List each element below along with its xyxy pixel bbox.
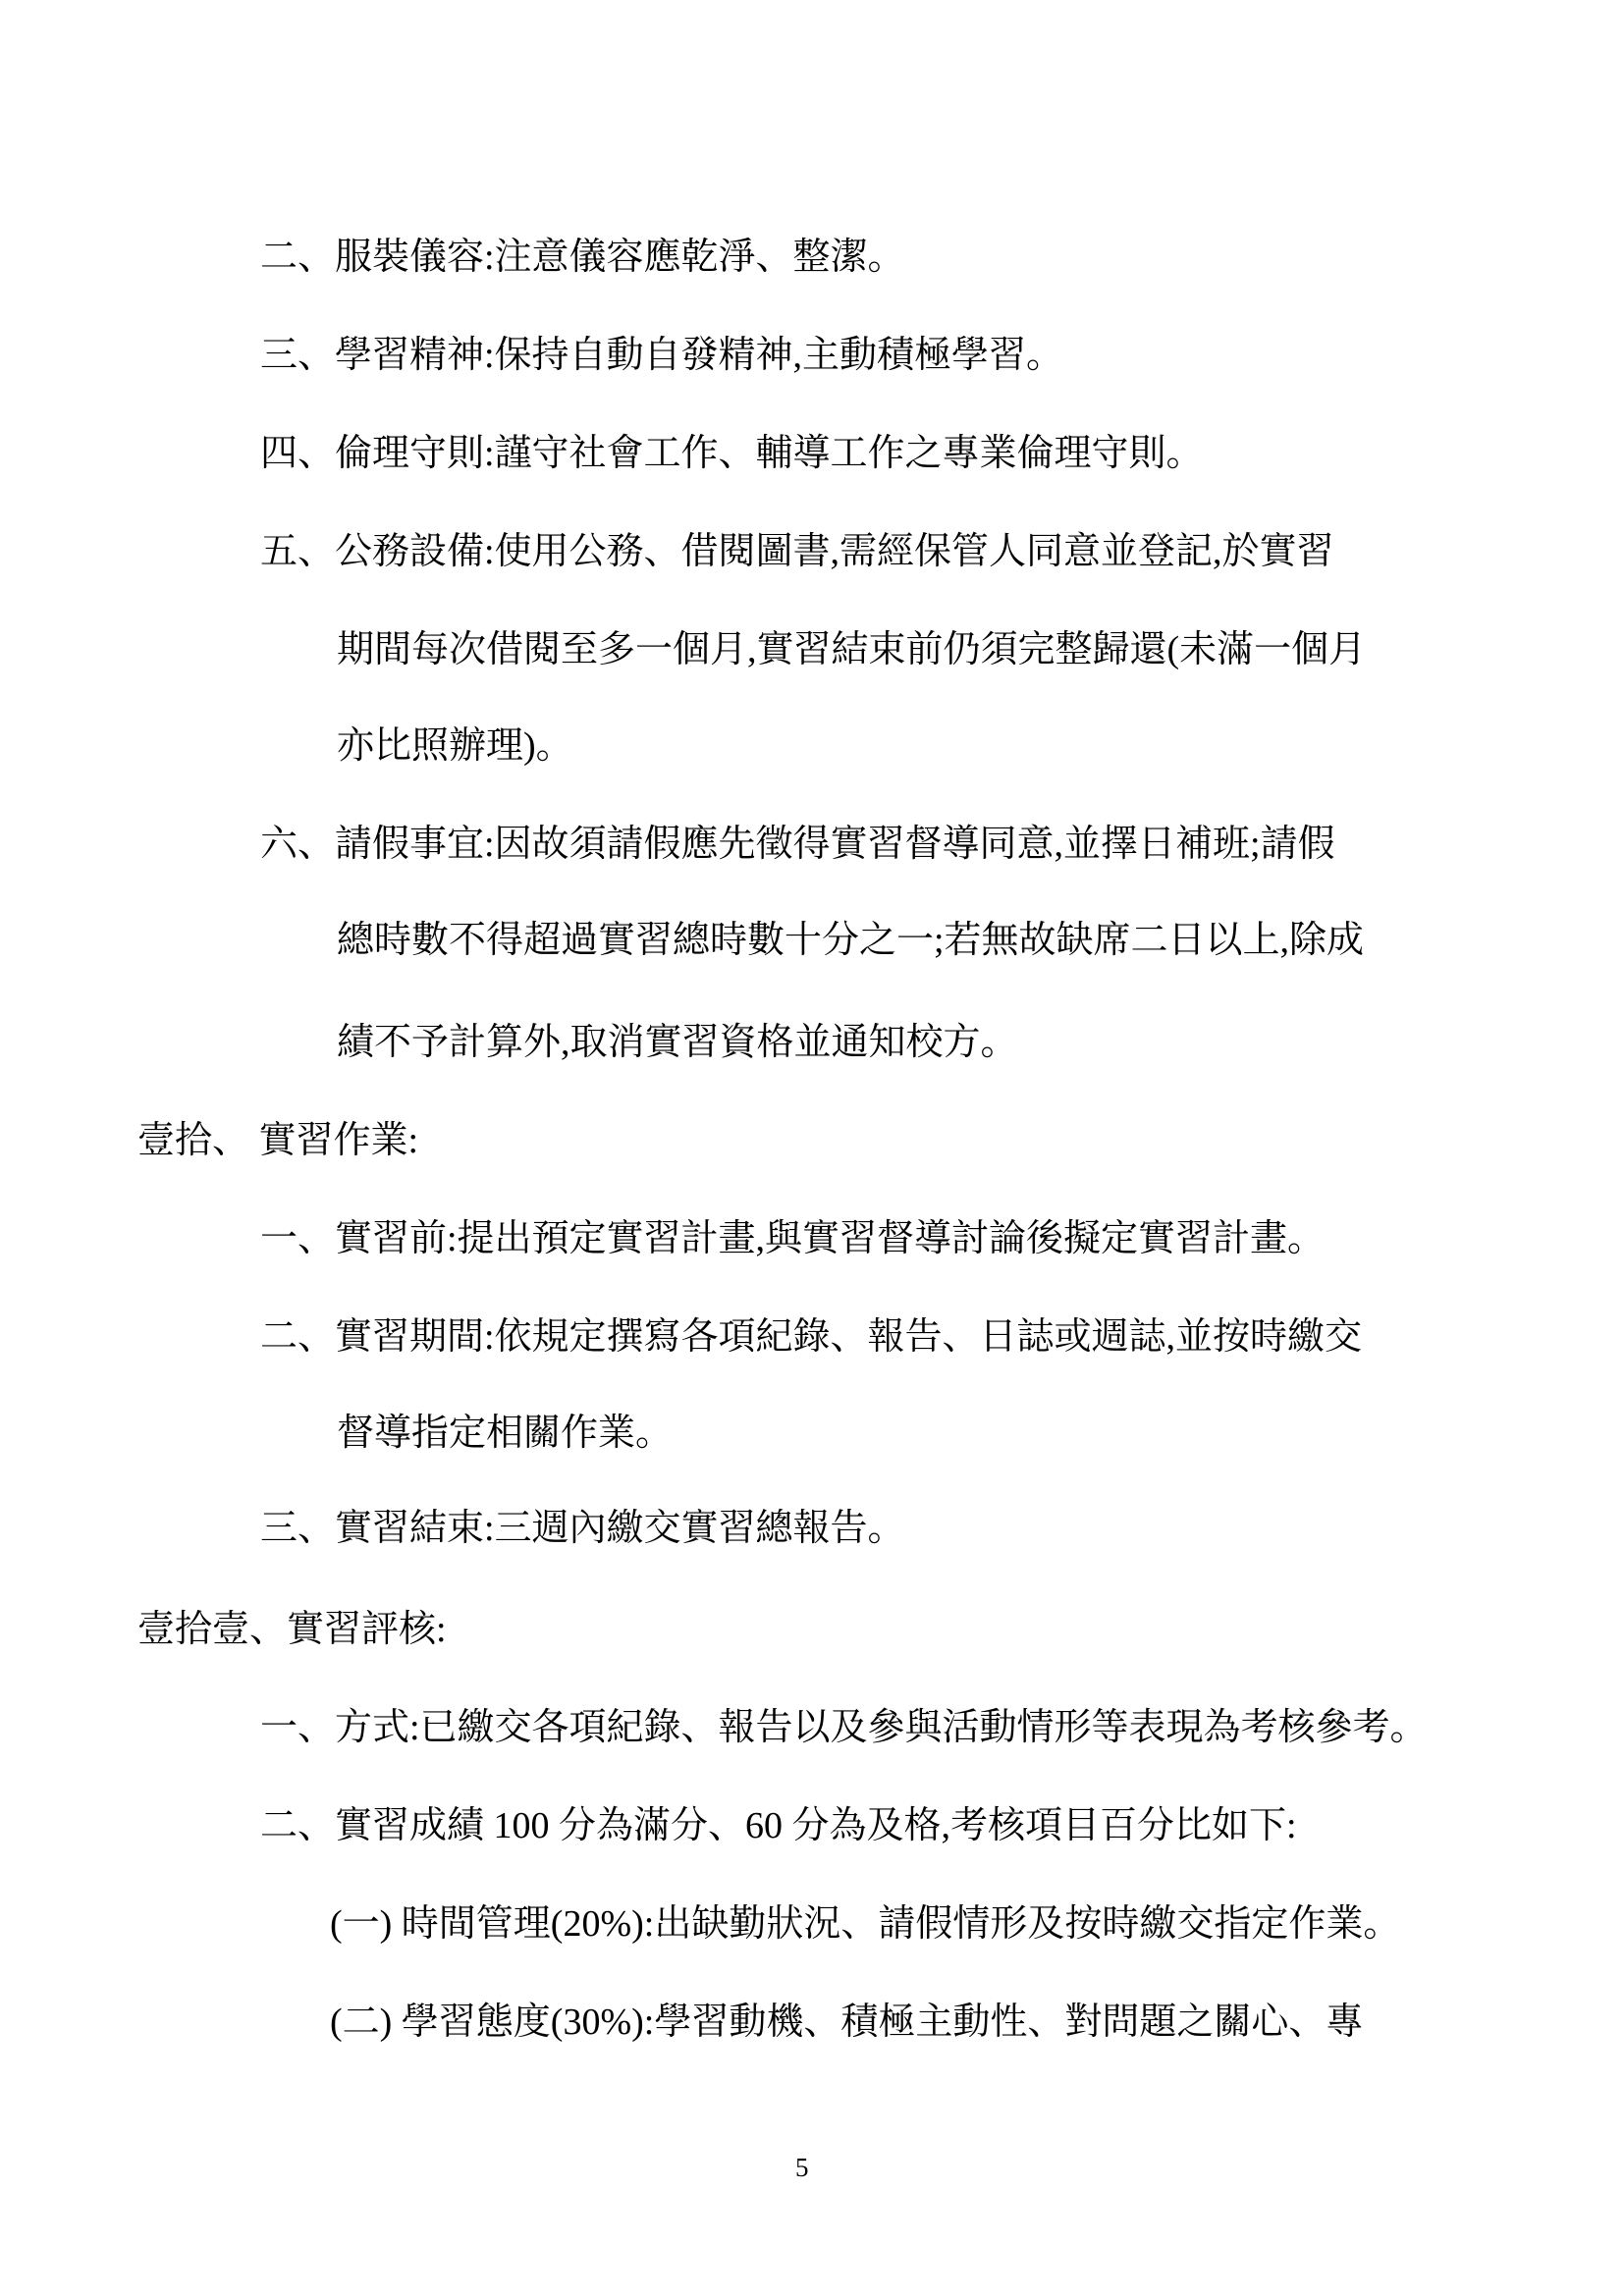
document-line: 二、實習成績 100 分為滿分、60 分為及格,考核項目百分比如下: (260, 1804, 1297, 1847)
page-number: 5 (795, 2152, 809, 2183)
document-line: 三、學習精神:保持自動自發精神,主動積極學習。 (260, 334, 1063, 377)
document-line: (二) 學習態度(30%):學習動機、積極主動性、對問題之關心、專 (330, 2001, 1363, 2044)
document-line: 督導指定相關作業。 (337, 1412, 673, 1455)
document-line: 三、實習結束:三週內繳交實習總報告。 (260, 1507, 905, 1550)
document-line: 二、實習期間:依規定撰寫各項紀錄、報告、日誌或週誌,並按時繳交 (260, 1315, 1362, 1359)
document-page: 二、服裝儀容:注意儀容應乾淨、整潔。 三、學習精神:保持自動自發精神,主動積極學… (0, 0, 1624, 2296)
document-line: 總時數不得超過實習總時數十分之一;若無故缺席二日以上,除成 (337, 919, 1364, 962)
document-line: 一、實習前:提出預定實習計畫,與實習督導討論後擬定實習計畫。 (260, 1217, 1325, 1260)
document-line: 六、請假事宜:因故須請假應先徵得實習督導同意,並擇日補班;請假 (260, 823, 1335, 866)
document-line: 四、倫理守則:謹守社會工作、輔導工作之專業倫理守則。 (260, 432, 1204, 475)
document-line: 績不予計算外,取消實習資格並通知校方。 (337, 1021, 1018, 1064)
document-line: 五、公務設備:使用公務、借閱圖書,需經保管人同意並登記,於實習 (260, 530, 1334, 573)
document-line: 一、方式:已繳交各項紀錄、報告以及參與活動情形等表現為考核參考。 (260, 1706, 1428, 1749)
document-line: 壹拾、 實習作業: (137, 1119, 418, 1162)
document-line: 壹拾壹、實習評核: (137, 1608, 447, 1651)
document-line: 期間每次借閱至多一個月,實習結束前仍須完整歸還(未滿一個月 (337, 628, 1366, 671)
document-line: 亦比照辦理)。 (337, 724, 573, 768)
document-line: 二、服裝儀容:注意儀容應乾淨、整潔。 (260, 236, 905, 279)
document-line: (一) 時間管理(20%):出缺勤狀況、請假情形及按時繳交指定作業。 (330, 1902, 1400, 1946)
